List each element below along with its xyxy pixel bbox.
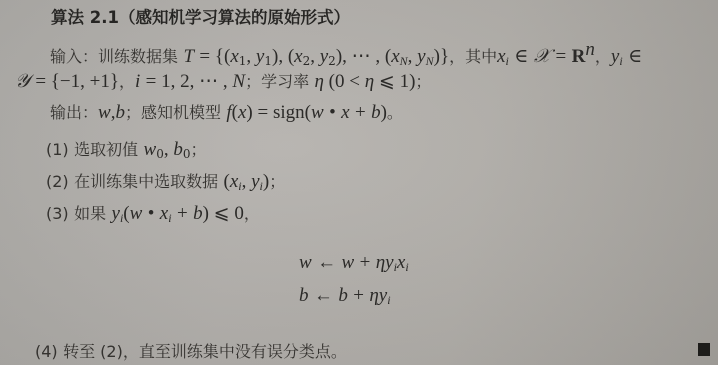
x-domain-expression: xi ∈ 𝒳 = Rn <box>497 47 595 67</box>
end-of-algorithm-mark <box>698 343 710 356</box>
bleed-through-text <box>462 90 467 108</box>
dataset-expression: T = {(x1, y1), (x2, y2), ⋯ , (xN, yN)} <box>183 47 449 67</box>
step-number: (1) <box>46 140 69 159</box>
sample-expression: (xi, yi) <box>224 172 270 192</box>
step-1: (1) 选取初值 w0, b0； <box>46 139 206 165</box>
input-continuation-line: 𝒴 = {−1, +1}，i = 1, 2, ⋯ , N；学习率 η (0 < … <box>15 71 431 93</box>
input-text-rate: ；学习率 <box>245 72 309 91</box>
step-number: (2) <box>46 172 69 191</box>
algorithm-title: 算法 2.1（感知机学习算法的原始形式） <box>51 7 350 29</box>
output-text-model: ；感知机模型 <box>125 103 221 122</box>
step-4: (4) 转至 (2)，直至训练集中没有误分类点。 <box>35 341 347 363</box>
step-number: (3) <box>46 204 69 223</box>
step-end: ； <box>190 140 206 159</box>
input-text-dataset: 训练数据集 <box>98 47 178 66</box>
model-expression: f(x) = sign(w • x + b) <box>226 103 387 123</box>
output-params: w,b <box>98 103 125 123</box>
condition-expression: yi(w • xi + b) ⩽ 0 <box>112 204 244 224</box>
step-2: (2) 在训练集中选取数据 (xi, yi)； <box>46 171 285 197</box>
initial-values-expression: w0, b0 <box>144 140 191 160</box>
input-end: ； <box>415 72 431 91</box>
input-label: 输入： <box>50 47 98 66</box>
input-line: 输入：训练数据集 T = {(x1, y1), (x2, y2), ⋯ , (x… <box>50 39 642 72</box>
step-end: ， <box>244 204 260 223</box>
output-label: 输出： <box>50 103 98 122</box>
update-b-formula: b ← b + ηyi <box>299 285 391 311</box>
output-line: 输出：w,b；感知机模型 f(x) = sign(w • x + b)。 <box>50 102 403 124</box>
y-domain-expression: 𝒴 = {−1, +1} <box>15 72 119 92</box>
step-text: 在训练集中选取数据 <box>74 172 218 191</box>
step-text: 转至 (2)，直至训练集中没有误分类点。 <box>63 342 347 361</box>
separator: ， <box>595 47 611 66</box>
index-expression: i = 1, 2, ⋯ , N <box>135 72 245 92</box>
update-w-formula: w ← w + ηyixi <box>299 252 409 278</box>
step-end: ； <box>269 172 285 191</box>
output-end: 。 <box>387 103 403 122</box>
step-3: (3) 如果 yi(w • xi + b) ⩽ 0， <box>46 203 260 229</box>
step-number: (4) <box>35 342 58 361</box>
input-text-where: ，其中 <box>449 47 497 66</box>
step-text: 如果 <box>74 204 106 223</box>
step-text: 选取初值 <box>74 140 138 159</box>
rate-expression: η (0 < η ⩽ 1) <box>314 72 415 92</box>
